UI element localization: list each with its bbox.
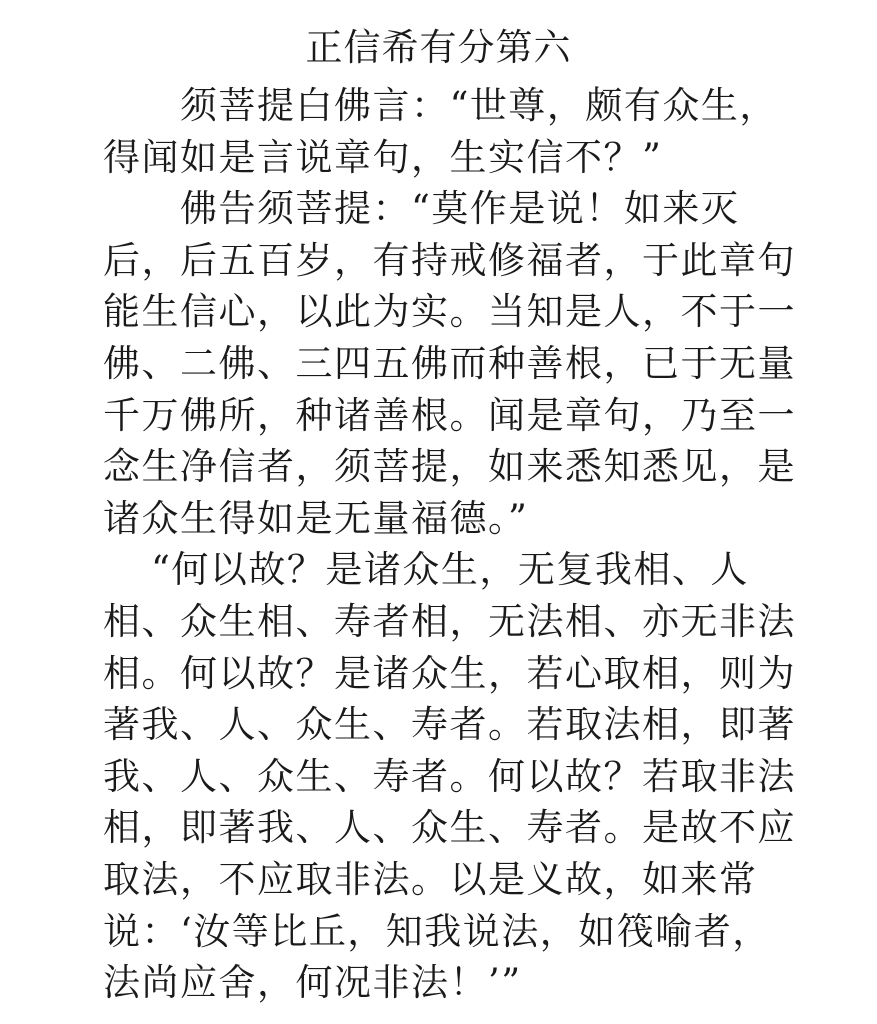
text-line: 相，即著我、人、众生、寿者。是故不应 (103, 802, 803, 854)
text-line: 千万佛所，种诸善根。闻是章句，乃至一 (103, 390, 803, 442)
text-line: 须菩提白佛言：“世尊，颇有众生， (103, 80, 803, 132)
text-line: 取法，不应取非法。以是义故，如来常 (103, 854, 803, 906)
text-line: 相。何以故？是诸众生，若心取相，则为 (103, 648, 803, 700)
text-line: 著我、人、众生、寿者。若取法相，即著 (103, 699, 803, 751)
text-line: 说：‘汝等比丘，知我说法，如筏喻者， (103, 906, 803, 958)
document-body: 须菩提白佛言：“世尊，颇有众生， 得闻如是言说章句，生实信不？” 佛告须菩提：“… (103, 80, 803, 1009)
document-page: 正信希有分第六 须菩提白佛言：“世尊，颇有众生， 得闻如是言说章句，生实信不？”… (0, 0, 877, 1024)
text-line: 佛、二佛、三四五佛而种善根，已于无量 (103, 338, 803, 390)
text-line: 诸众生得如是无量福德。” (103, 493, 803, 545)
text-line: 法尚应舍，何况非法！’” (103, 957, 803, 1009)
text-line: 后，后五百岁，有持戒修福者，于此章句 (103, 235, 803, 287)
text-line: 我、人、众生、寿者。何以故？若取非法 (103, 751, 803, 803)
text-line: 佛告须菩提：“莫作是说！如来灭 (103, 183, 803, 235)
chapter-title: 正信希有分第六 (0, 26, 877, 70)
text-line: 能生信心，以此为实。当知是人，不于一 (103, 286, 803, 338)
text-line: 得闻如是言说章句，生实信不？” (103, 132, 803, 184)
text-line: “何以故？是诸众生，无复我相、人 (103, 544, 803, 596)
text-line: 相、众生相、寿者相，无法相、亦无非法 (103, 596, 803, 648)
text-line: 念生净信者，须菩提，如来悉知悉见，是 (103, 441, 803, 493)
